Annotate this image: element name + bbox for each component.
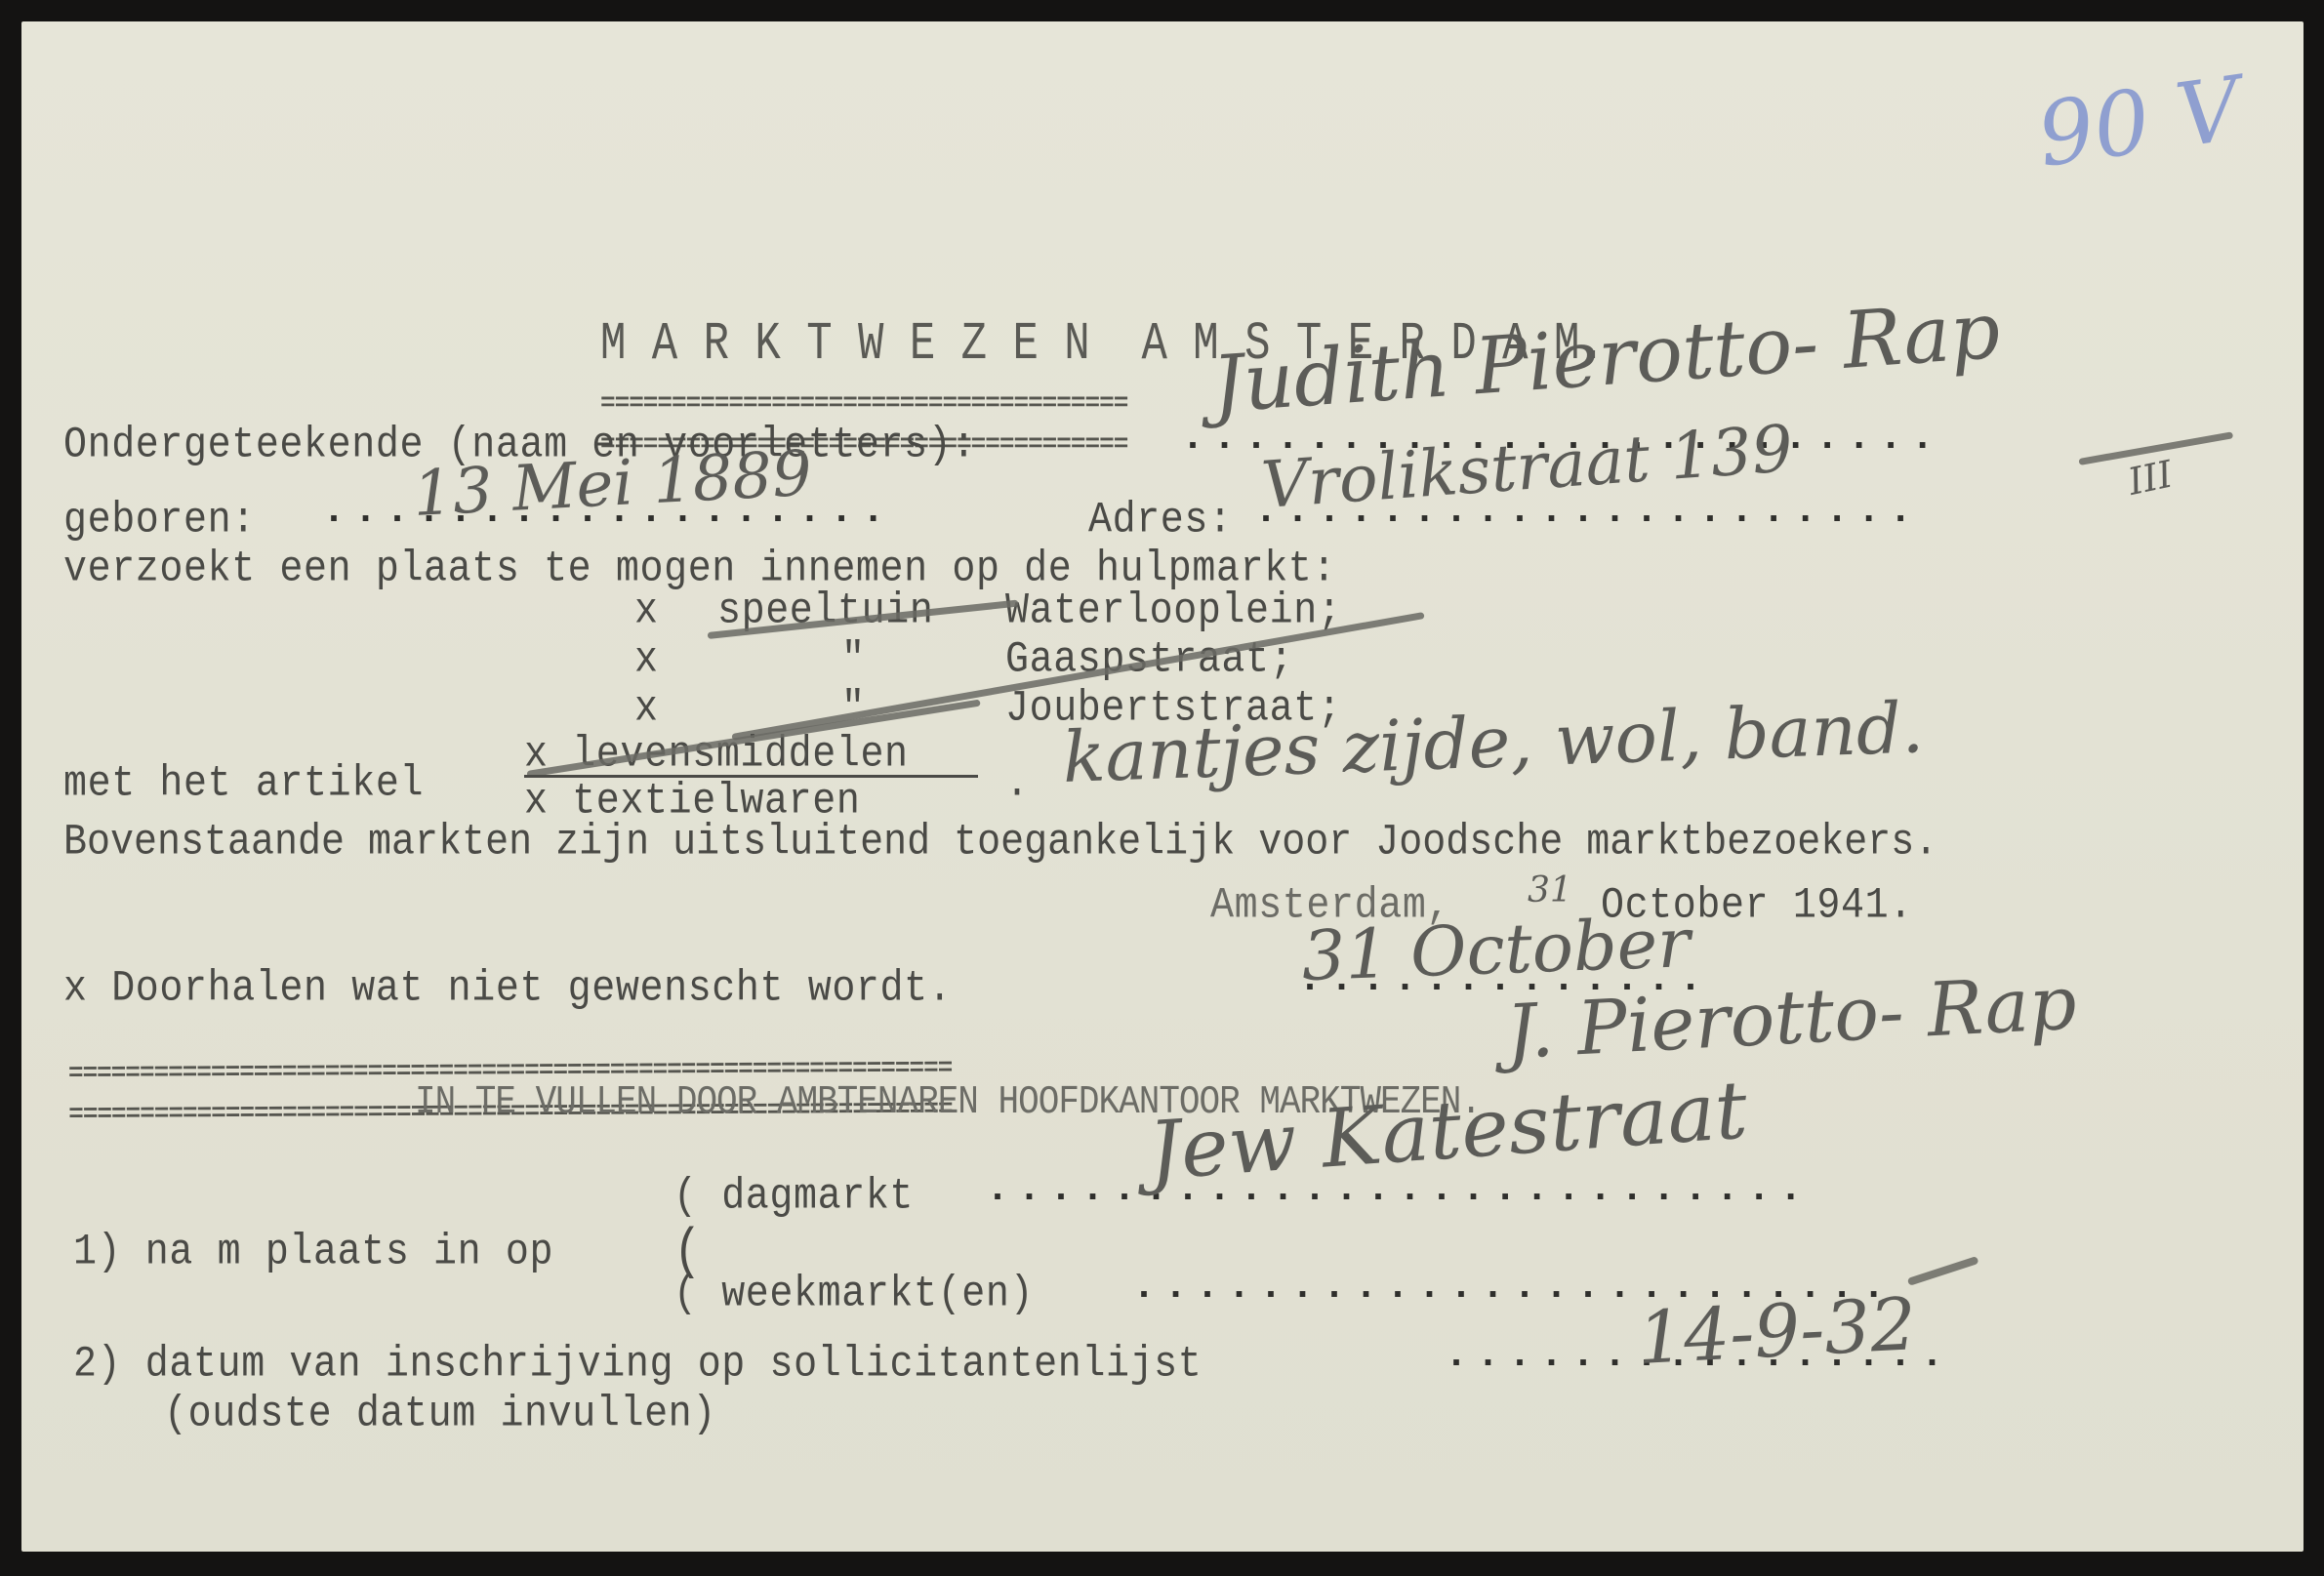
corner-annotation: 90 V [2032,65,2246,181]
born-label: geboren: [63,500,256,544]
market-name-waterlooplein: Waterlooplein; [1005,590,1341,634]
signed-date-value[interactable]: 31 October [1301,909,1692,990]
market-prefix: " [841,639,866,683]
notice-text: Bovenstaande markten zijn uitsluitend to… [63,822,1937,866]
dagmarkt-label: ( dagmarkt [673,1176,914,1220]
item2-sub: (oudste datum invullen) [164,1394,716,1437]
name-suffix-mark: III [2125,455,2176,501]
address-label: Adres: [1088,500,1233,544]
article-period: . [1005,763,1030,807]
article-label: met het artikel [63,763,424,807]
item2-label: 2) datum van inschrijving op sollicitant… [73,1344,1202,1388]
market-marker[interactable]: x [634,639,659,683]
weekmarkt-label: ( weekmarkt(en) [673,1273,1034,1317]
item1-label: 1) na m plaats in op [73,1232,553,1275]
market-marker[interactable]: x [634,590,659,634]
market-marker[interactable]: x [634,688,659,732]
strike-note: x Doorhalen wat niet gewenscht wordt. [63,968,952,1012]
request-text: verzoekt een plaats te mogen innemen op … [63,548,1336,592]
place-day[interactable]: 31 [1528,873,1572,909]
item2-value[interactable]: 14-9-32 [1636,1288,1918,1375]
